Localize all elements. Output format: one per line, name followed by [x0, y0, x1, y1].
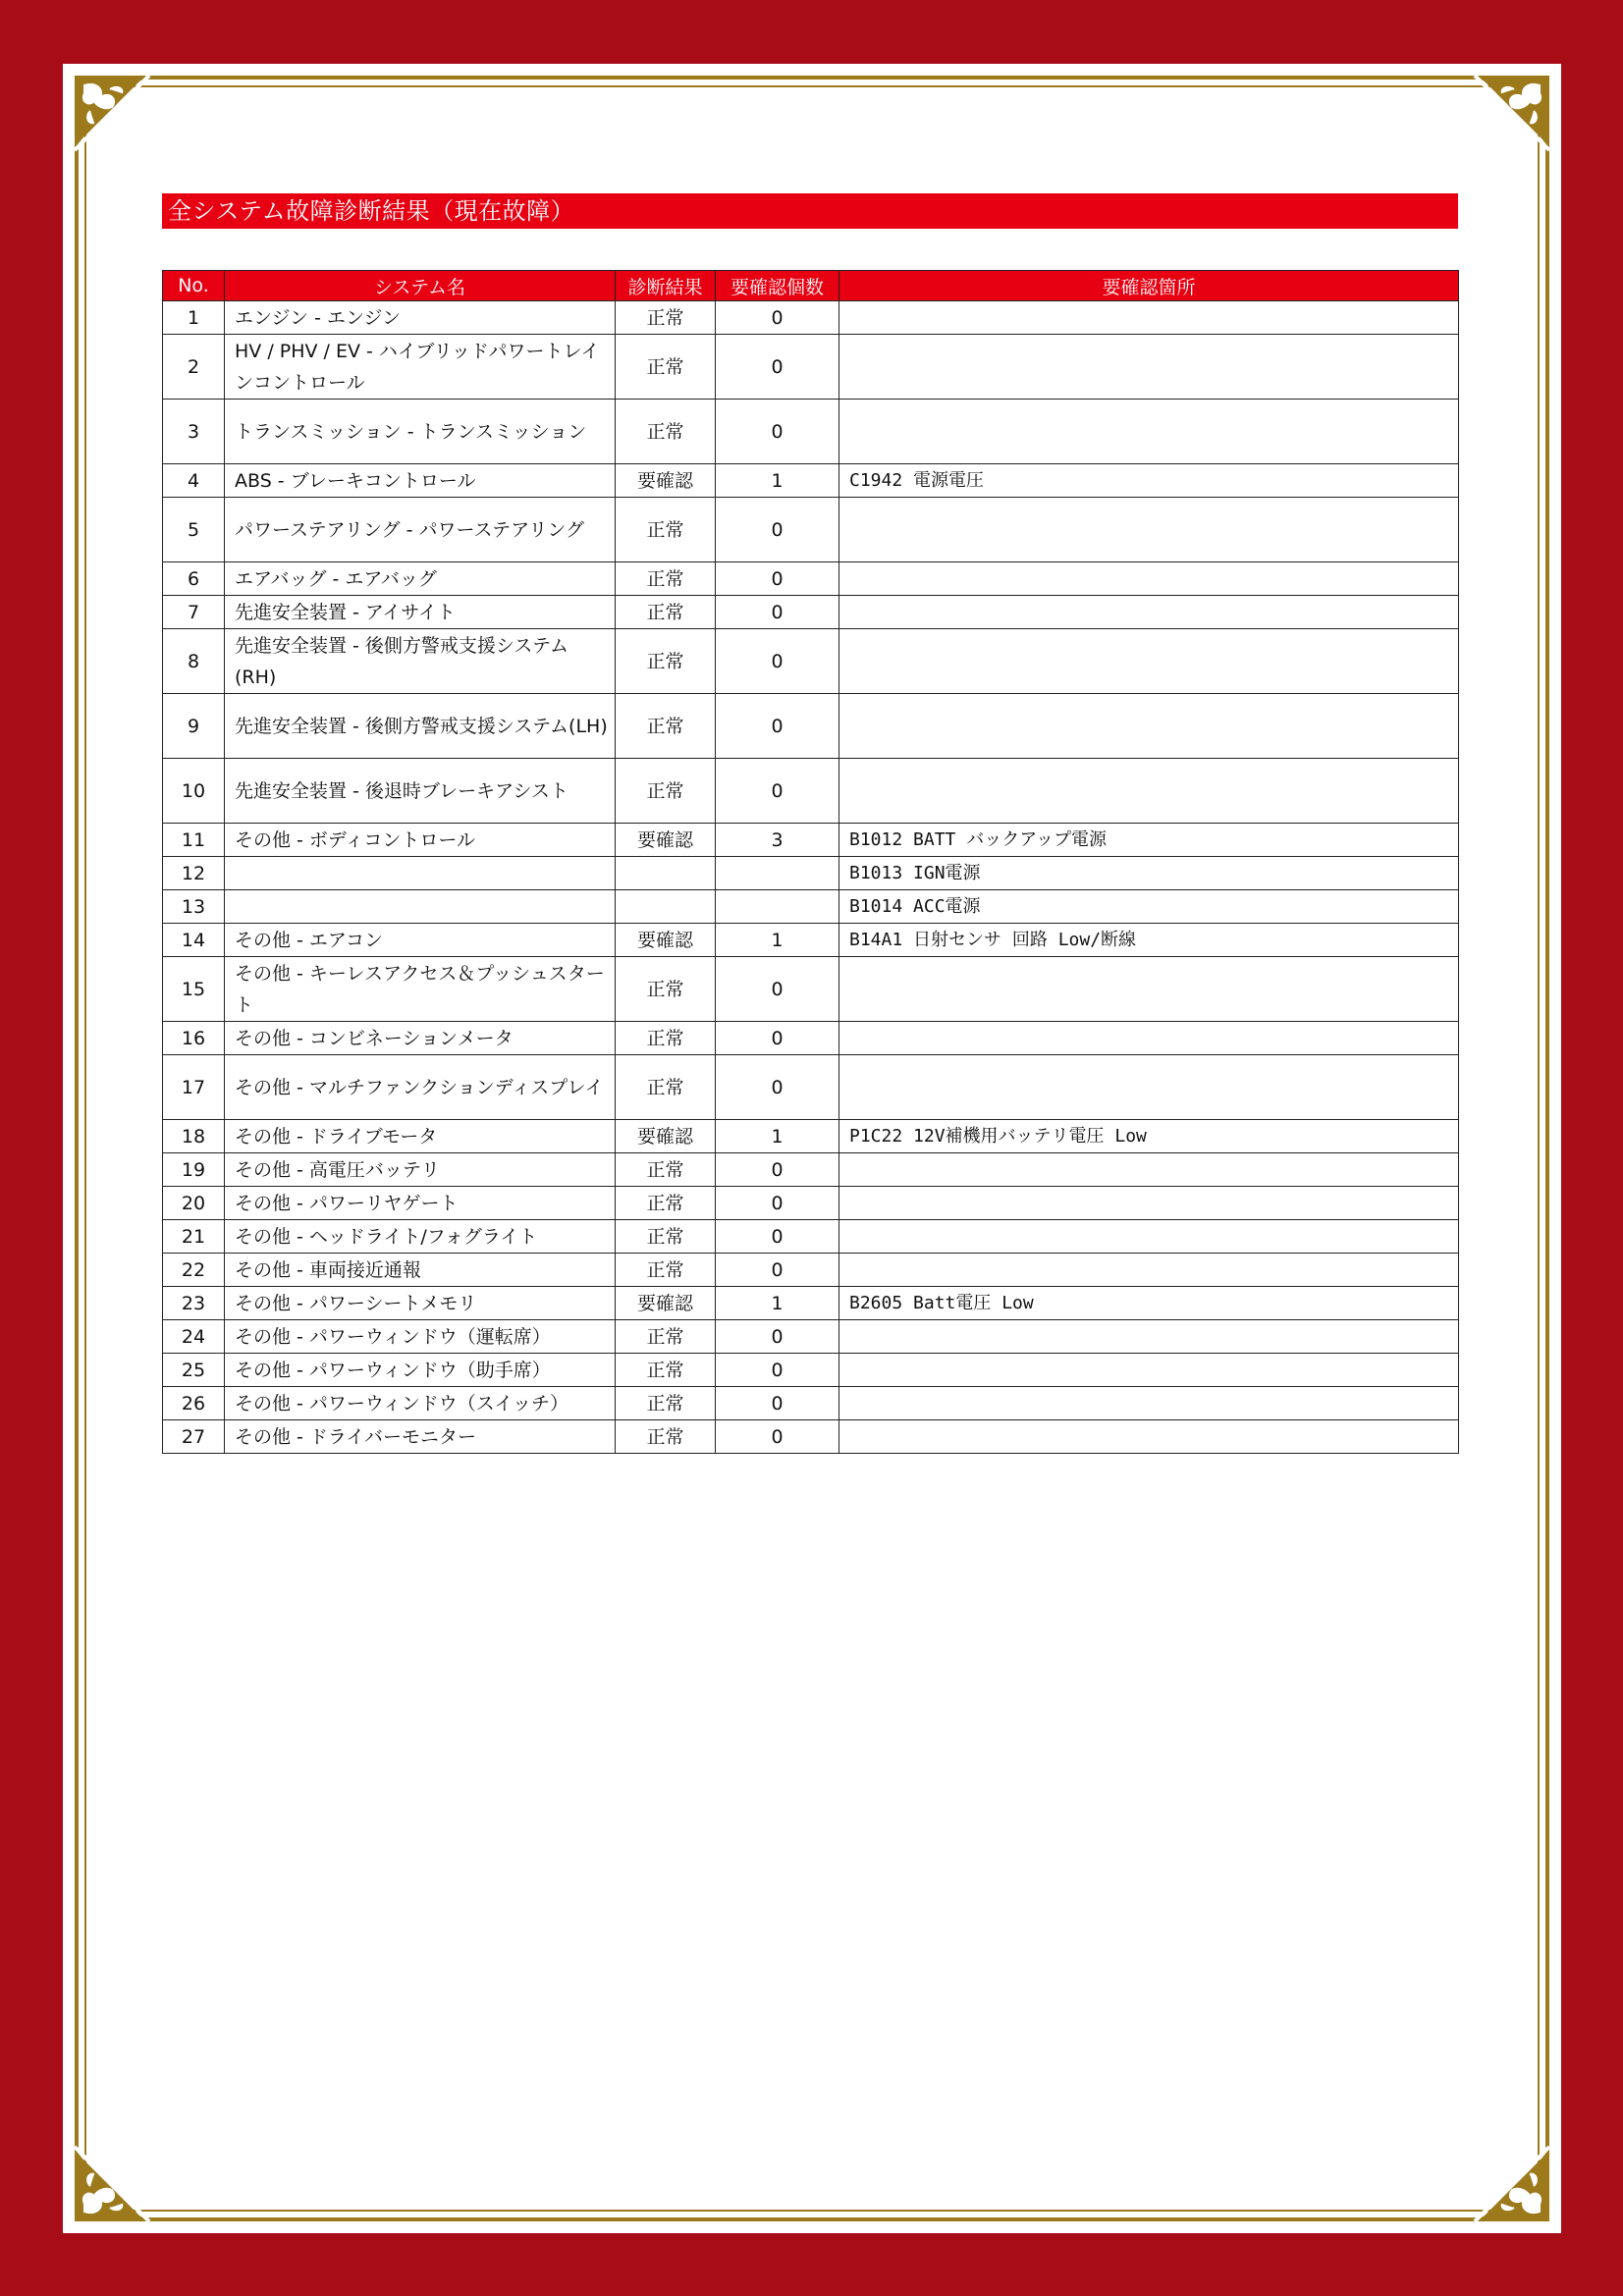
- ornamental-corner-icon: [71, 2137, 159, 2225]
- cell-system: [225, 890, 616, 924]
- cell-no: 6: [163, 562, 225, 596]
- cell-result: 正常: [616, 1320, 716, 1354]
- cell-count: 1: [716, 464, 839, 498]
- cell-result: 要確認: [616, 1287, 716, 1320]
- cell-system: 先進安全装置 - 後側方警戒支援システム(LH): [225, 694, 616, 759]
- table-row: 22 その他 - 車両接近通報 正常 0: [163, 1254, 1459, 1287]
- cell-result: 正常: [616, 629, 716, 694]
- ornamental-corner-icon: [1465, 2137, 1553, 2225]
- cell-count: [716, 857, 839, 890]
- table-header-row: No. システム名 診断結果 要確認個数 要確認箇所: [163, 271, 1459, 301]
- cell-result: [616, 857, 716, 890]
- cell-system: その他 - 高電圧バッテリ: [225, 1153, 616, 1187]
- table-row: 12 B1013 IGN電源: [163, 857, 1459, 890]
- cell-count: 0: [716, 759, 839, 824]
- cell-system: その他 - コンビネーションメータ: [225, 1022, 616, 1055]
- cell-no: 9: [163, 694, 225, 759]
- cell-system: 先進安全装置 - アイサイト: [225, 596, 616, 629]
- cell-no: 5: [163, 498, 225, 562]
- cell-location: B1014 ACC電源: [839, 890, 1459, 924]
- table-row: 4 ABS - ブレーキコントロール 要確認 1 C1942 電源電圧: [163, 464, 1459, 498]
- cell-count: 0: [716, 629, 839, 694]
- cell-location: [839, 1022, 1459, 1055]
- cell-system: 先進安全装置 - 後退時ブレーキアシスト: [225, 759, 616, 824]
- cell-location: [839, 596, 1459, 629]
- cell-system: その他 - マルチファンクションディスプレイ: [225, 1055, 616, 1120]
- cell-no: 18: [163, 1120, 225, 1153]
- cell-no: 2: [163, 335, 225, 400]
- cell-system: その他 - ドライバーモニター: [225, 1420, 616, 1454]
- cell-no: 8: [163, 629, 225, 694]
- cell-system: 先進安全装置 - 後側方警戒支援システム(RH): [225, 629, 616, 694]
- cell-no: 7: [163, 596, 225, 629]
- cell-result: 正常: [616, 301, 716, 335]
- cell-no: 4: [163, 464, 225, 498]
- table-row: 27 その他 - ドライバーモニター 正常 0: [163, 1420, 1459, 1454]
- cell-count: 0: [716, 694, 839, 759]
- cell-no: 24: [163, 1320, 225, 1354]
- cell-count: 0: [716, 400, 839, 464]
- cell-no: 11: [163, 824, 225, 857]
- cell-system: その他 - エアコン: [225, 924, 616, 957]
- cell-count: 0: [716, 301, 839, 335]
- table-row: 19 その他 - 高電圧バッテリ 正常 0: [163, 1153, 1459, 1187]
- cell-result: 正常: [616, 1055, 716, 1120]
- table-row: 15 その他 - キーレスアクセス＆プッシュスタート 正常 0: [163, 957, 1459, 1022]
- cell-system: その他 - キーレスアクセス＆プッシュスタート: [225, 957, 616, 1022]
- cell-result: 正常: [616, 1187, 716, 1220]
- header-system: システム名: [225, 271, 616, 301]
- cell-count: 0: [716, 1320, 839, 1354]
- table-row: 3 トランスミッション - トランスミッション 正常 0: [163, 400, 1459, 464]
- cell-location: [839, 629, 1459, 694]
- diagnosis-table: No. システム名 診断結果 要確認個数 要確認箇所 1 エンジン - エンジン…: [162, 270, 1459, 1454]
- cell-system: その他 - パワーウィンドウ（運転席）: [225, 1320, 616, 1354]
- cell-count: 3: [716, 824, 839, 857]
- table-row: 14 その他 - エアコン 要確認 1 B14A1 日射センサ 回路 Low/断…: [163, 924, 1459, 957]
- table-row: 9 先進安全装置 - 後側方警戒支援システム(LH) 正常 0: [163, 694, 1459, 759]
- header-result: 診断結果: [616, 271, 716, 301]
- cell-system: パワーステアリング - パワーステアリング: [225, 498, 616, 562]
- table-row: 23 その他 - パワーシートメモリ 要確認 1 B2605 Batt電圧 Lo…: [163, 1287, 1459, 1320]
- header-count: 要確認個数: [716, 271, 839, 301]
- cell-system: ABS - ブレーキコントロール: [225, 464, 616, 498]
- cell-system: エアバッグ - エアバッグ: [225, 562, 616, 596]
- cell-result: 正常: [616, 1153, 716, 1187]
- cell-result: 正常: [616, 1022, 716, 1055]
- cell-system: その他 - パワーリヤゲート: [225, 1187, 616, 1220]
- cell-count: [716, 890, 839, 924]
- cell-result: 正常: [616, 562, 716, 596]
- cell-no: 17: [163, 1055, 225, 1120]
- cell-count: 1: [716, 924, 839, 957]
- cell-location: [839, 1420, 1459, 1454]
- cell-no: 27: [163, 1420, 225, 1454]
- cell-count: 0: [716, 1022, 839, 1055]
- cell-system: その他 - パワーシートメモリ: [225, 1287, 616, 1320]
- cell-result: 正常: [616, 759, 716, 824]
- table-row: 1 エンジン - エンジン 正常 0: [163, 301, 1459, 335]
- cell-count: 0: [716, 335, 839, 400]
- table-row: 6 エアバッグ - エアバッグ 正常 0: [163, 562, 1459, 596]
- cell-location: B1012 BATT バックアップ電源: [839, 824, 1459, 857]
- cell-system: その他 - ヘッドライト/フォグライト: [225, 1220, 616, 1254]
- cell-location: [839, 562, 1459, 596]
- cell-result: 要確認: [616, 464, 716, 498]
- cell-location: [839, 335, 1459, 400]
- cell-count: 0: [716, 596, 839, 629]
- cell-count: 0: [716, 498, 839, 562]
- cell-no: 16: [163, 1022, 225, 1055]
- cell-result: 正常: [616, 1420, 716, 1454]
- cell-location: [839, 759, 1459, 824]
- cell-no: 26: [163, 1387, 225, 1420]
- cell-location: [839, 498, 1459, 562]
- cell-location: [839, 1387, 1459, 1420]
- cell-location: C1942 電源電圧: [839, 464, 1459, 498]
- cell-result: 要確認: [616, 824, 716, 857]
- cell-system: その他 - パワーウィンドウ（助手席）: [225, 1354, 616, 1387]
- cell-system: その他 - ボディコントロール: [225, 824, 616, 857]
- cell-result: 正常: [616, 335, 716, 400]
- header-location: 要確認箇所: [839, 271, 1459, 301]
- table-row: 18 その他 - ドライブモータ 要確認 1 P1C22 12V補機用バッテリ電…: [163, 1120, 1459, 1153]
- cell-result: [616, 890, 716, 924]
- cell-result: 正常: [616, 1354, 716, 1387]
- cell-count: 0: [716, 562, 839, 596]
- cell-no: 20: [163, 1187, 225, 1220]
- cell-no: 13: [163, 890, 225, 924]
- cell-location: [839, 1320, 1459, 1354]
- cell-result: 要確認: [616, 1120, 716, 1153]
- cell-count: 0: [716, 1220, 839, 1254]
- cell-result: 正常: [616, 498, 716, 562]
- table-row: 24 その他 - パワーウィンドウ（運転席） 正常 0: [163, 1320, 1459, 1354]
- table-row: 20 その他 - パワーリヤゲート 正常 0: [163, 1187, 1459, 1220]
- table-row: 16 その他 - コンビネーションメータ 正常 0: [163, 1022, 1459, 1055]
- cell-no: 21: [163, 1220, 225, 1254]
- table-row: 21 その他 - ヘッドライト/フォグライト 正常 0: [163, 1220, 1459, 1254]
- cell-location: B14A1 日射センサ 回路 Low/断線: [839, 924, 1459, 957]
- cell-location: [839, 1187, 1459, 1220]
- cell-count: 0: [716, 1387, 839, 1420]
- cell-count: 0: [716, 1354, 839, 1387]
- cell-result: 正常: [616, 694, 716, 759]
- cell-result: 正常: [616, 1254, 716, 1287]
- cell-location: P1C22 12V補機用バッテリ電圧 Low: [839, 1120, 1459, 1153]
- ornamental-corner-icon: [71, 72, 159, 160]
- cell-count: 1: [716, 1120, 839, 1153]
- cell-no: 23: [163, 1287, 225, 1320]
- cell-location: [839, 1220, 1459, 1254]
- cell-no: 15: [163, 957, 225, 1022]
- cell-no: 14: [163, 924, 225, 957]
- cell-no: 19: [163, 1153, 225, 1187]
- cell-count: 0: [716, 1153, 839, 1187]
- cell-result: 正常: [616, 400, 716, 464]
- cell-no: 22: [163, 1254, 225, 1287]
- cell-location: [839, 1254, 1459, 1287]
- page-title: 全システム故障診断結果（現在故障）: [162, 193, 1458, 229]
- table-row: 8 先進安全装置 - 後側方警戒支援システム(RH) 正常 0: [163, 629, 1459, 694]
- cell-result: 要確認: [616, 924, 716, 957]
- table-row: 11 その他 - ボディコントロール 要確認 3 B1012 BATT バックア…: [163, 824, 1459, 857]
- cell-location: B2605 Batt電圧 Low: [839, 1287, 1459, 1320]
- table-row: 10 先進安全装置 - 後退時ブレーキアシスト 正常 0: [163, 759, 1459, 824]
- cell-count: 0: [716, 1187, 839, 1220]
- cell-no: 25: [163, 1354, 225, 1387]
- cell-result: 正常: [616, 1220, 716, 1254]
- cell-count: 0: [716, 957, 839, 1022]
- cell-system: その他 - 車両接近通報: [225, 1254, 616, 1287]
- cell-system: その他 - ドライブモータ: [225, 1120, 616, 1153]
- cell-result: 正常: [616, 1387, 716, 1420]
- cell-system: HV / PHV / EV - ハイブリッドパワートレインコントロール: [225, 335, 616, 400]
- cell-location: [839, 1354, 1459, 1387]
- table-row: 17 その他 - マルチファンクションディスプレイ 正常 0: [163, 1055, 1459, 1120]
- table-row: 13 B1014 ACC電源: [163, 890, 1459, 924]
- cell-no: 12: [163, 857, 225, 890]
- header-no: No.: [163, 271, 225, 301]
- ornamental-corner-icon: [1465, 72, 1553, 160]
- cell-result: 正常: [616, 957, 716, 1022]
- cell-no: 1: [163, 301, 225, 335]
- cell-result: 正常: [616, 596, 716, 629]
- cell-location: [839, 957, 1459, 1022]
- cell-location: [839, 400, 1459, 464]
- cell-location: [839, 1055, 1459, 1120]
- cell-system: トランスミッション - トランスミッション: [225, 400, 616, 464]
- cell-no: 3: [163, 400, 225, 464]
- cell-location: [839, 301, 1459, 335]
- table-row: 25 その他 - パワーウィンドウ（助手席） 正常 0: [163, 1354, 1459, 1387]
- cell-location: [839, 1153, 1459, 1187]
- cell-system: エンジン - エンジン: [225, 301, 616, 335]
- cell-system: その他 - パワーウィンドウ（スイッチ）: [225, 1387, 616, 1420]
- cell-location: [839, 694, 1459, 759]
- cell-location: B1013 IGN電源: [839, 857, 1459, 890]
- table-row: 26 その他 - パワーウィンドウ（スイッチ） 正常 0: [163, 1387, 1459, 1420]
- cell-count: 0: [716, 1420, 839, 1454]
- table-row: 5 パワーステアリング - パワーステアリング 正常 0: [163, 498, 1459, 562]
- cell-count: 0: [716, 1055, 839, 1120]
- table-row: 7 先進安全装置 - アイサイト 正常 0: [163, 596, 1459, 629]
- cell-system: [225, 857, 616, 890]
- cell-count: 0: [716, 1254, 839, 1287]
- cell-no: 10: [163, 759, 225, 824]
- cell-count: 1: [716, 1287, 839, 1320]
- report-page: 全システム故障診断結果（現在故障） No. システム名 診断結果 要確認個数 要…: [63, 64, 1561, 2233]
- table-row: 2 HV / PHV / EV - ハイブリッドパワートレインコントロール 正常…: [163, 335, 1459, 400]
